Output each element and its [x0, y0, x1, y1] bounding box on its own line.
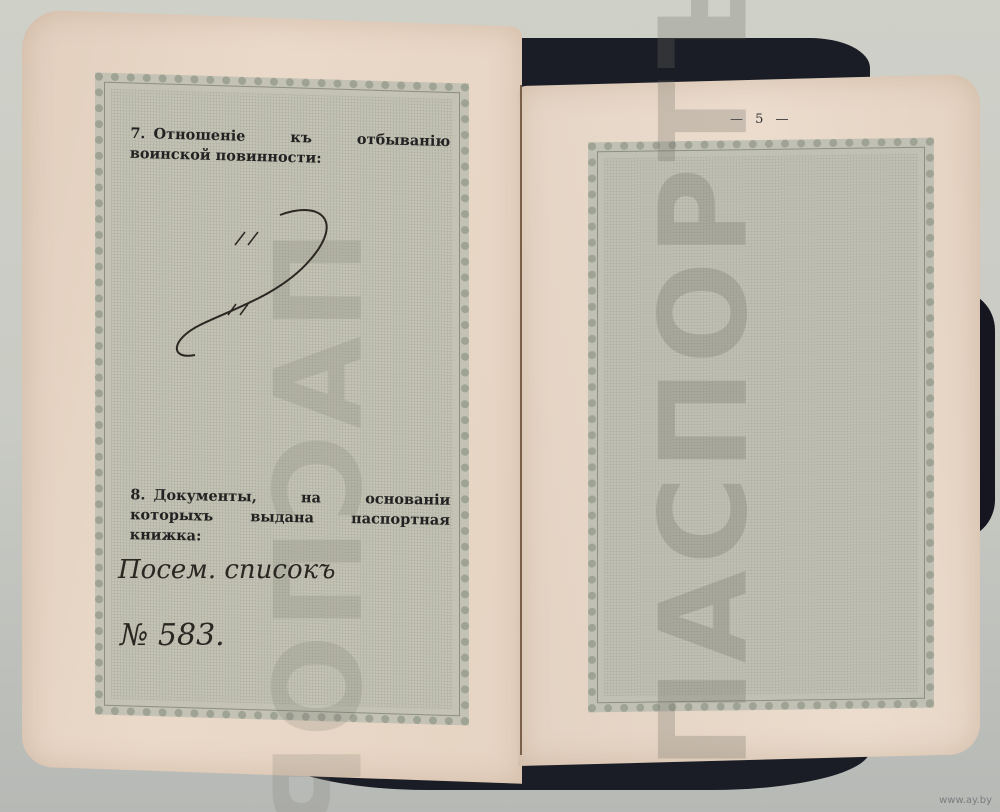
right-watermark: ПАСПОРТЪ: [636, 210, 775, 770]
field-8-label: 8.Документы, на основаніи которыхъ выдан…: [130, 485, 451, 551]
field-7-handwritten-mark: [170, 200, 340, 360]
site-credit: www.ay.by: [939, 795, 992, 806]
field-8-handwritten-line2: № 583.: [120, 618, 225, 653]
field-7-label: 7.Отношеніе къ отбыванію воинской повинн…: [130, 124, 451, 172]
book-spine: [520, 85, 522, 755]
field-8-handwritten-line1: Посем. списокъ: [118, 555, 335, 585]
